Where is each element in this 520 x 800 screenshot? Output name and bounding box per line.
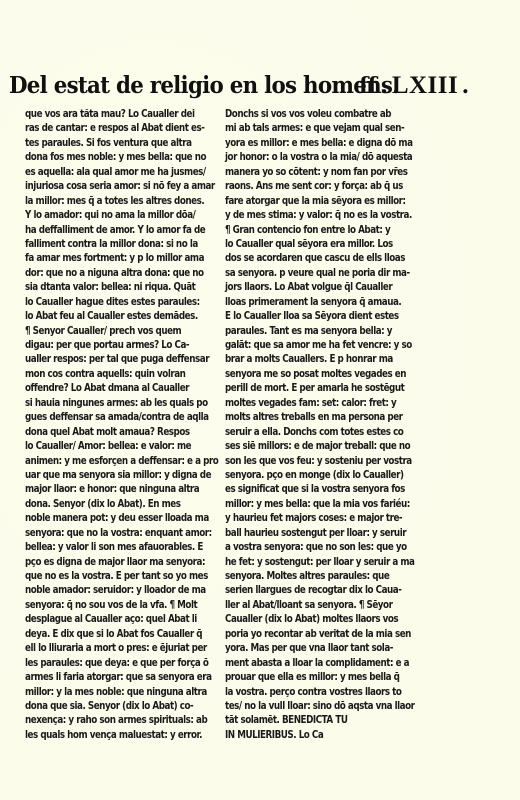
folio-prefix: . bbox=[381, 72, 388, 100]
text-line: perill de mort. E per amarla he sostēgut bbox=[225, 382, 397, 396]
text-line: uar que ma senyora sia millor: y digna d… bbox=[25, 469, 188, 483]
text-line: fa amar mes fortment: y p lo millor ama bbox=[25, 252, 188, 266]
running-title: Del estat de religio en los homens. bbox=[9, 72, 399, 99]
text-line: fare atorgar que la mia sēyora es millor… bbox=[225, 195, 397, 209]
folio-suffix: . bbox=[462, 72, 469, 100]
text-line: tes/ no la vull lloar: sino dō aqsta vna… bbox=[225, 700, 397, 714]
text-line: sia dtanta valor: bellea: ni riqua. Quāt bbox=[25, 281, 188, 295]
folio-mark: ff bbox=[359, 73, 377, 99]
text-line: lo Abat feu al Caualler estes demādes. bbox=[25, 310, 188, 324]
text-line: dona. Senyor (dix lo Abat). En mes bbox=[25, 498, 188, 512]
text-line: y de mes stima: y valor: q̄ no es la vos… bbox=[225, 209, 397, 223]
text-line: tāt solamēt. BENEDICTA TU bbox=[225, 714, 397, 728]
text-line: ball haurieu sostengut per lloar: y seru… bbox=[225, 527, 397, 541]
text-line: lo Caualler hague dites estes paraules: bbox=[25, 296, 188, 310]
text-line: a vostra senyora: que no son les: que yo bbox=[225, 541, 397, 555]
text-line: deya. E dix que si lo Abat fos Caualler … bbox=[25, 628, 188, 642]
text-line: sa senyora. p veure qual ne poria dir ma… bbox=[225, 267, 397, 281]
text-line: armes li faria atorgar: que sa senyora e… bbox=[25, 671, 188, 685]
text-line: senyora. pço en monge (dix lo Caualler) bbox=[225, 469, 397, 483]
text-line: yora es millor: e mes bella: e digna dō … bbox=[225, 137, 397, 151]
text-line: dos se acordaren que cascu de ells lloas bbox=[225, 252, 397, 266]
text-line: manera yo so cōtent: y nom fan por vr̄es bbox=[225, 166, 397, 180]
text-line: noble manera pot: y deu esser lloada ma bbox=[25, 512, 188, 526]
text-line: lloas primerament la senyora q̄ amaua. bbox=[225, 296, 397, 310]
text-line: ses siē millors: e de major treball: que… bbox=[225, 440, 397, 454]
text-line: digau: per que portau armes? Lo Ca- bbox=[25, 339, 188, 353]
text-line: poria yo recontar ab veritat de la mia s… bbox=[225, 628, 397, 642]
text-line: senyora: que no la vostra: enquant amor: bbox=[25, 527, 188, 541]
folio: ff . LXIII . bbox=[359, 72, 469, 100]
text-line: paraules. Tant es ma senyora bella: y bbox=[225, 325, 397, 339]
text-line: si hauia ningunes armes: ab les quals po bbox=[25, 397, 188, 411]
text-line: ment abasta a lloar la complidament: e a bbox=[225, 657, 397, 671]
text-line: les quals hom vença maluestat: y error. bbox=[25, 729, 188, 743]
text-line: Donchs si vos vos voleu combatre ab bbox=[225, 108, 397, 122]
text-line: que no es la vostra. E per tant so yo me… bbox=[25, 570, 188, 584]
text-line: ualler respos: per tal que puga deffensa… bbox=[25, 353, 188, 367]
text-line: dor: que no a niguna altra dona: que no bbox=[25, 267, 188, 281]
text-line: ha deffalliment de amor. Y lo amor fa de bbox=[25, 224, 188, 238]
text-line: brar a molts Cauallers. E p honrar ma bbox=[225, 353, 397, 367]
text-line: seruir a ella. Donchs com totes estes co bbox=[225, 426, 397, 440]
text-line: animen: y me esforçen a deffensar: e a p… bbox=[25, 455, 188, 469]
text-line: molts altres treballs en ma persona per bbox=[225, 411, 397, 425]
text-line: moltes vegades fam: set: calor: fret: y bbox=[225, 397, 397, 411]
text-line: dona que sia. Senyor (dix lo Abat) co- bbox=[25, 700, 188, 714]
text-line: millor: y mes bella: que la mia vos fari… bbox=[225, 498, 397, 512]
text-line: tes paraules. Si fos ventura que altra bbox=[25, 137, 188, 151]
text-line: dona fos mes noble: y mes bella: que no bbox=[25, 151, 188, 165]
text-column-right: Donchs si vos vos voleu combatre abmi ab… bbox=[225, 108, 425, 743]
text-line: injuriosa cosa seria amor: si nō fey a a… bbox=[25, 180, 188, 194]
text-line: ras de cantar: e respos al Abat dient es… bbox=[25, 122, 188, 136]
text-line: que vos ara tăta mau? Lo Caualler dei bbox=[25, 108, 188, 122]
text-line: es aquella: ala qual amor me ha jusmes/ bbox=[25, 166, 188, 180]
text-line: IN MULIERIBUS. Lo Ca bbox=[225, 729, 397, 743]
text-line: lo Caualler qual sēyora era millor. Los bbox=[225, 238, 397, 252]
text-line: dona quel Abat molt amaua? Respos bbox=[25, 426, 188, 440]
text-line: pço es digna de major llaor ma senyora: bbox=[25, 556, 188, 570]
text-line: son les que vos feu: y sosteniu per vost… bbox=[225, 455, 397, 469]
text-line: raons. Ans me sent cor: y força: ab q̄ u… bbox=[225, 180, 397, 194]
page-header: Del estat de religio en los homens. ff .… bbox=[9, 72, 439, 104]
text-line: jor honor: o la vostra o la mia/ dō aque… bbox=[225, 151, 397, 165]
text-line: serien llargues de recogtar dix lo Caua- bbox=[225, 584, 397, 598]
text-line: jors llaors. Lo Abat volgue q̄l Caualler bbox=[225, 281, 397, 295]
text-line: he fet: y sostengut: per lloar y seruir … bbox=[225, 556, 397, 570]
text-line: lo Caualler/ Amor: bellea: e valor: me bbox=[25, 440, 188, 454]
text-line: es significat que si la vostra senyora f… bbox=[225, 483, 397, 497]
text-line: mi ab tals armes: e que vejam qual sen- bbox=[225, 122, 397, 136]
document-page: Del estat de religio en los homens. ff .… bbox=[0, 0, 520, 800]
text-line: yora. Mas per que vna llaor tant sola- bbox=[225, 642, 397, 656]
text-line: bellea: y valor li son mes afauorables. … bbox=[25, 541, 188, 555]
text-line: senyora me so posat moltes vegades en bbox=[225, 368, 397, 382]
text-column-left: que vos ara tăta mau? Lo Caualler deiras… bbox=[25, 108, 215, 743]
text-line: la vostra. perço contra vostres llaors t… bbox=[225, 686, 397, 700]
text-line: millor: y la mes noble: que ninguna altr… bbox=[25, 686, 188, 700]
text-line: prouar que ella es millor: y mes bella q… bbox=[225, 671, 397, 685]
text-line: ell lo lliuraria a mort o pres: e ējuria… bbox=[25, 642, 188, 656]
text-line: nexença: y raho son armes spirituals: ab bbox=[25, 714, 188, 728]
text-line: offendre? Lo Abat dmana al Caualler bbox=[25, 382, 188, 396]
text-line: major llaor: e honor: que ninguna altra bbox=[25, 483, 188, 497]
text-line: gues deffensar sa amada/contra de aqlla bbox=[25, 411, 188, 425]
text-line: ¶ Gran contencio fon entre lo Abat: y bbox=[225, 224, 397, 238]
text-line: la millor: mes q̄ a totes les altres don… bbox=[25, 195, 188, 209]
text-line: E lo Caualler lloa sa Sēyora dient estes bbox=[225, 310, 397, 324]
text-line: ller al Abat/lloant sa senyora. ¶ Sēyor bbox=[225, 599, 397, 613]
text-line: Caualler (dix lo Abat) moltes llaors vos bbox=[225, 613, 397, 627]
text-line: falliment contra la millor dona: si no l… bbox=[25, 238, 188, 252]
text-line: Y lo amador: qui no ama la millor dōa/ bbox=[25, 209, 188, 223]
text-line: les paraules: que deya: e que per força … bbox=[25, 657, 188, 671]
text-line: mon cos contra aquells: quin volran bbox=[25, 368, 188, 382]
text-line: ¶ Senyor Caualler/ prech vos quem bbox=[25, 325, 188, 339]
folio-number: LXIII bbox=[392, 72, 458, 100]
text-line: senyora: q̄ no sou vos de la vfa. ¶ Molt bbox=[25, 599, 188, 613]
text-line: y haurieu fet majors coses: e major tre- bbox=[225, 512, 397, 526]
text-line: galāt: que sa amor me ha fet vencre: y s… bbox=[225, 339, 397, 353]
text-line: desplague al Caualler aço: quel Abat li bbox=[25, 613, 188, 627]
text-line: noble amador: seruidor: y lloador de ma bbox=[25, 584, 188, 598]
text-line: senyora. Moltes altres paraules: que bbox=[225, 570, 397, 584]
